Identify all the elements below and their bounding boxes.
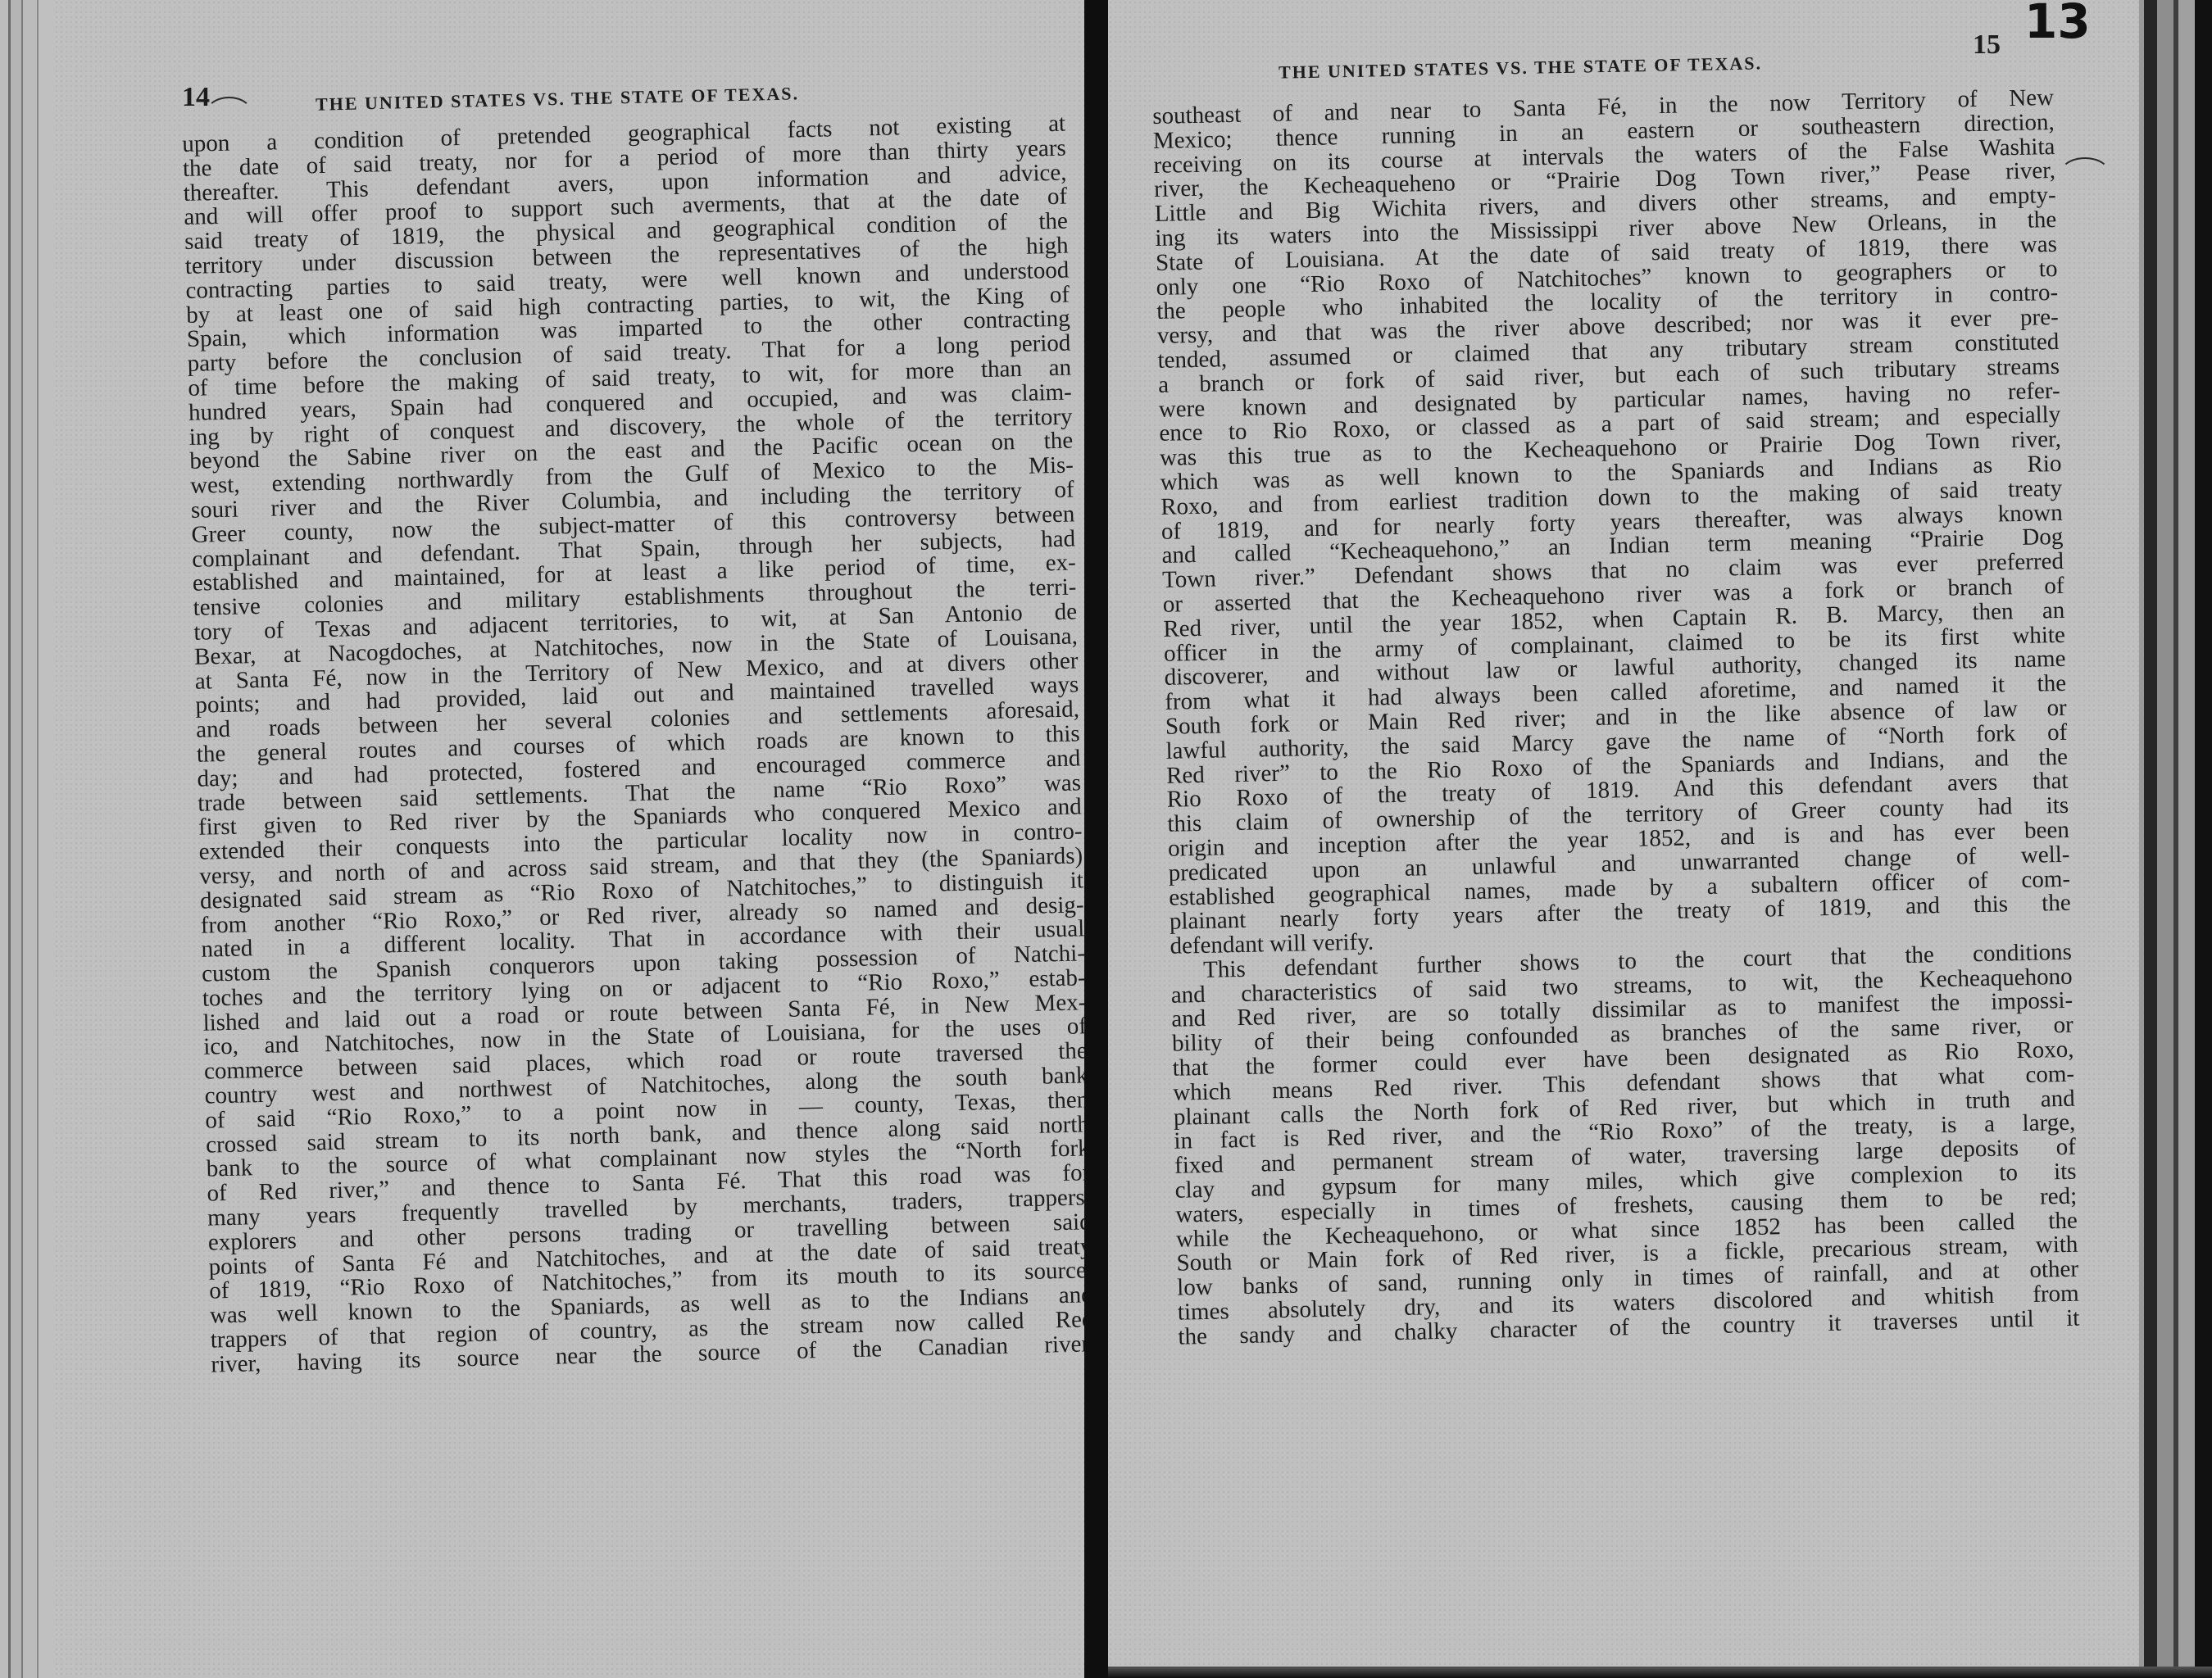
left-page-edges: [0, 0, 53, 1678]
pen-mark-icon: [2059, 157, 2111, 193]
scan-frame-number: 13: [2024, 0, 2091, 49]
book-gutter: [1084, 0, 1108, 1678]
book-spread: 14 THE UNITED STATES VS. THE STATE OF TE…: [0, 0, 2212, 1678]
running-head: THE UNITED STATES VS. THE STATE OF TEXAS…: [1279, 52, 1762, 83]
right-page-body: southeast of and near to Santa Fé, in th…: [1152, 86, 2080, 1349]
running-head: THE UNITED STATES VS. THE STATE OF TEXAS…: [316, 83, 799, 115]
page-number: 15: [1973, 29, 2001, 61]
right-page: THE UNITED STATES VS. THE STATE OF TEXAS…: [1108, 0, 2165, 1678]
left-page-body: upon a condition of pretended geographic…: [182, 112, 1095, 1378]
right-page-edges: [2139, 0, 2212, 1678]
bottom-shadow: [1108, 1667, 2212, 1678]
left-page: 14 THE UNITED STATES VS. THE STATE OF TE…: [0, 0, 1084, 1678]
pen-mark-icon: [205, 97, 253, 133]
